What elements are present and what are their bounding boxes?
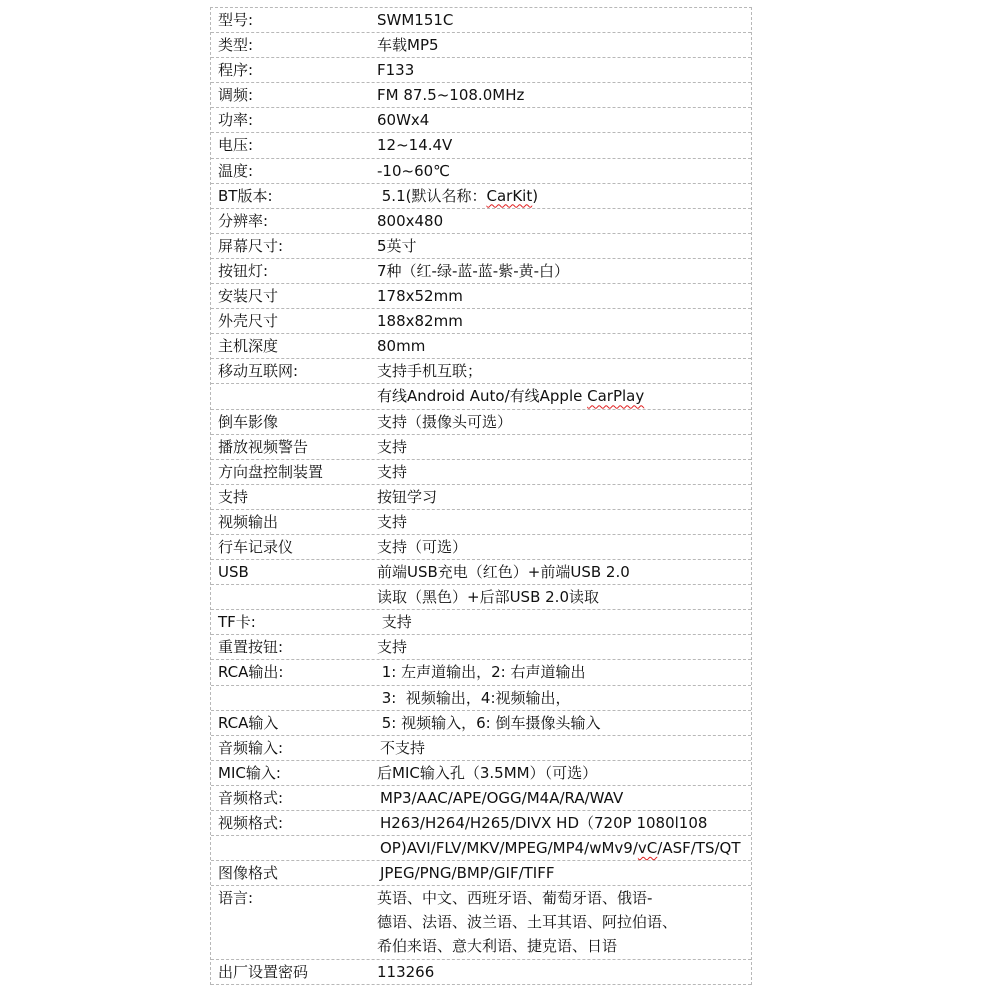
- spec-value: 前端USB充电（红色）+前端USB 2.0: [376, 560, 751, 584]
- table-row: 读取（黑色）+后部USB 2.0读取: [211, 585, 751, 610]
- spec-value: 5.1(默认名称：CarKit): [376, 184, 751, 208]
- spec-value: 不支持: [376, 736, 751, 760]
- spec-value: JPEG/PNG/BMP/GIF/TIFF: [376, 861, 751, 885]
- table-row: RCA输出: 1: 左声道输出，2: 右声道输出: [211, 660, 751, 685]
- spec-label: 支持: [211, 485, 376, 509]
- language-line: 德语、法语、波兰语、土耳其语、阿拉伯语、: [377, 910, 751, 934]
- language-line: 希伯来语、意大利语、捷克语、日语: [377, 934, 751, 958]
- spellcheck-word[interactable]: vC: [638, 839, 657, 857]
- spec-value: OP)AVI/FLV/MKV/MPEG/MP4/wMv9/vC/ASF/TS/Q…: [376, 836, 751, 860]
- table-row: USB前端USB充电（红色）+前端USB 2.0: [211, 560, 751, 585]
- spec-label: 出厂设置密码: [211, 960, 376, 984]
- spec-label: 屏幕尺寸:: [211, 234, 376, 258]
- table-row: 出厂设置密码113266: [211, 960, 751, 985]
- spec-value: 按钮学习: [376, 485, 751, 509]
- table-row: 按钮灯:7种（红-绿-蓝-蓝-紫-黄-白）: [211, 259, 751, 284]
- spec-value: MP3/AAC/APE/OGG/M4A/RA/WAV: [376, 786, 751, 810]
- table-row: 3: 视频输出，4:视频输出，: [211, 686, 751, 711]
- table-row: TF卡: 支持: [211, 610, 751, 635]
- table-row: 调频:FM 87.5~108.0MHz: [211, 83, 751, 108]
- table-row: 功率:60Wx4: [211, 108, 751, 133]
- spec-label: [211, 836, 376, 860]
- spec-value: SWM151C: [376, 8, 751, 32]
- spec-value: 支持手机互联；: [376, 359, 751, 383]
- spec-label: USB: [211, 560, 376, 584]
- language-line: 英语、中文、西班牙语、葡萄牙语、俄语-: [377, 886, 751, 910]
- spec-label: 图像格式: [211, 861, 376, 885]
- spec-value: 支持: [376, 435, 751, 459]
- spellcheck-word[interactable]: CarKit: [486, 187, 532, 205]
- spec-label: 方向盘控制装置: [211, 460, 376, 484]
- table-row: 型号:SWM151C: [211, 8, 751, 33]
- table-row: 分辨率:800x480: [211, 209, 751, 234]
- spec-label: 类型:: [211, 33, 376, 57]
- spec-label: 视频输出: [211, 510, 376, 534]
- table-row: MIC输入:后MIC输入孔（3.5MM）（可选）: [211, 761, 751, 786]
- spec-label: 分辨率:: [211, 209, 376, 233]
- spec-value: 支持: [376, 635, 751, 659]
- spec-label: 功率:: [211, 108, 376, 132]
- spec-label: [211, 585, 376, 609]
- spec-label: 移动互联网:: [211, 359, 376, 383]
- spec-value: F133: [376, 58, 751, 82]
- spec-value: 80mm: [376, 334, 751, 358]
- spec-value: 有线Android Auto/有线Apple CarPlay: [376, 384, 751, 408]
- spec-label: RCA输出:: [211, 660, 376, 684]
- table-row: 主机深度80mm: [211, 334, 751, 359]
- table-row: 屏幕尺寸:5英寸: [211, 234, 751, 259]
- spec-value: 车载MP5: [376, 33, 751, 57]
- spec-label: 按钮灯:: [211, 259, 376, 283]
- spec-value: 后MIC输入孔（3.5MM）（可选）: [376, 761, 751, 785]
- spec-label: 外壳尺寸: [211, 309, 376, 333]
- spec-label: 电压:: [211, 133, 376, 157]
- spec-value: 7种（红-绿-蓝-蓝-紫-黄-白）: [376, 259, 751, 283]
- table-row: 温度:-10~60℃: [211, 159, 751, 184]
- table-row: BT版本: 5.1(默认名称：CarKit): [211, 184, 751, 209]
- table-row: 程序:F133: [211, 58, 751, 83]
- value-text: /ASF/TS/QT: [657, 839, 740, 857]
- spec-value: 读取（黑色）+后部USB 2.0读取: [376, 585, 751, 609]
- spec-value: 支持: [376, 460, 751, 484]
- table-row: 移动互联网:支持手机互联；: [211, 359, 751, 384]
- value-text: 有线Android Auto/有线Apple: [377, 387, 587, 405]
- spec-value: 5: 视频输入，6: 倒车摄像头输入: [376, 711, 751, 735]
- table-row: 重置按钮:支持: [211, 635, 751, 660]
- spec-value: 188x82mm: [376, 309, 751, 333]
- table-row: 支持按钮学习: [211, 485, 751, 510]
- table-row: 倒车影像支持（摄像头可选）: [211, 410, 751, 435]
- spec-value: 1: 左声道输出，2: 右声道输出: [376, 660, 751, 684]
- spec-value: 英语、中文、西班牙语、葡萄牙语、俄语- 德语、法语、波兰语、土耳其语、阿拉伯语、…: [376, 886, 751, 958]
- spec-label: [211, 686, 376, 710]
- spec-value: 60Wx4: [376, 108, 751, 132]
- spec-label: 行车记录仪: [211, 535, 376, 559]
- spec-value: 支持（摄像头可选）: [376, 410, 751, 434]
- spec-label: BT版本:: [211, 184, 376, 208]
- value-text: ): [532, 187, 538, 205]
- table-row: 图像格式JPEG/PNG/BMP/GIF/TIFF: [211, 861, 751, 886]
- spec-label: 重置按钮:: [211, 635, 376, 659]
- table-row: 行车记录仪支持（可选）: [211, 535, 751, 560]
- spec-value: 支持: [376, 510, 751, 534]
- table-row: 有线Android Auto/有线Apple CarPlay: [211, 384, 751, 409]
- spec-label: RCA输入: [211, 711, 376, 735]
- table-row: 音频输入:不支持: [211, 736, 751, 761]
- table-row: 安装尺寸178x52mm: [211, 284, 751, 309]
- spec-value: 178x52mm: [376, 284, 751, 308]
- spec-label: 音频格式:: [211, 786, 376, 810]
- spec-label: 型号:: [211, 8, 376, 32]
- table-row: 视频输出支持: [211, 510, 751, 535]
- table-row: 电压:12~14.4V: [211, 133, 751, 158]
- spec-value: 支持: [376, 610, 751, 634]
- spec-value: H263/H264/H265/DIVX HD（720P 1080l108: [376, 811, 751, 835]
- spec-label: [211, 384, 376, 408]
- table-row: 外壳尺寸188x82mm: [211, 309, 751, 334]
- table-row: OP)AVI/FLV/MKV/MPEG/MP4/wMv9/vC/ASF/TS/Q…: [211, 836, 751, 861]
- spec-label: MIC输入:: [211, 761, 376, 785]
- table-row: 播放视频警告支持: [211, 435, 751, 460]
- value-text: 5.1(默认名称：: [377, 187, 486, 205]
- table-row: 视频格式:H263/H264/H265/DIVX HD（720P 1080l10…: [211, 811, 751, 836]
- spec-label-cell: 语言:: [211, 886, 376, 958]
- spec-value: 支持（可选）: [376, 535, 751, 559]
- spec-value: 3: 视频输出，4:视频输出，: [376, 686, 751, 710]
- table-row: 音频格式:MP3/AAC/APE/OGG/M4A/RA/WAV: [211, 786, 751, 811]
- spec-value: 800x480: [376, 209, 751, 233]
- spec-label: TF卡:: [211, 610, 376, 634]
- table-row: RCA输入 5: 视频输入，6: 倒车摄像头输入: [211, 711, 751, 736]
- spellcheck-word[interactable]: CarPlay: [587, 387, 644, 405]
- table-row: 方向盘控制装置支持: [211, 460, 751, 485]
- spec-label: 播放视频警告: [211, 435, 376, 459]
- spec-value: 5英寸: [376, 234, 751, 258]
- spec-value: -10~60℃: [376, 159, 751, 183]
- spec-label: 程序:: [211, 58, 376, 82]
- spec-label: 语言:: [218, 886, 376, 910]
- spec-table: 型号:SWM151C 类型:车载MP5 程序:F133 调频:FM 87.5~1…: [210, 7, 752, 985]
- spec-value: FM 87.5~108.0MHz: [376, 83, 751, 107]
- value-text: OP)AVI/FLV/MKV/MPEG/MP4/wMv9/: [380, 839, 638, 857]
- table-row: 语言: 英语、中文、西班牙语、葡萄牙语、俄语- 德语、法语、波兰语、土耳其语、阿…: [211, 886, 751, 959]
- spec-label: 调频:: [211, 83, 376, 107]
- spec-label: 音频输入:: [211, 736, 376, 760]
- spec-value: 12~14.4V: [376, 133, 751, 157]
- spec-label: 安装尺寸: [211, 284, 376, 308]
- spec-label: 倒车影像: [211, 410, 376, 434]
- spec-label: 主机深度: [211, 334, 376, 358]
- spec-label: 温度:: [211, 159, 376, 183]
- table-row: 类型:车载MP5: [211, 33, 751, 58]
- spec-label: 视频格式:: [211, 811, 376, 835]
- spec-value: 113266: [376, 960, 751, 984]
